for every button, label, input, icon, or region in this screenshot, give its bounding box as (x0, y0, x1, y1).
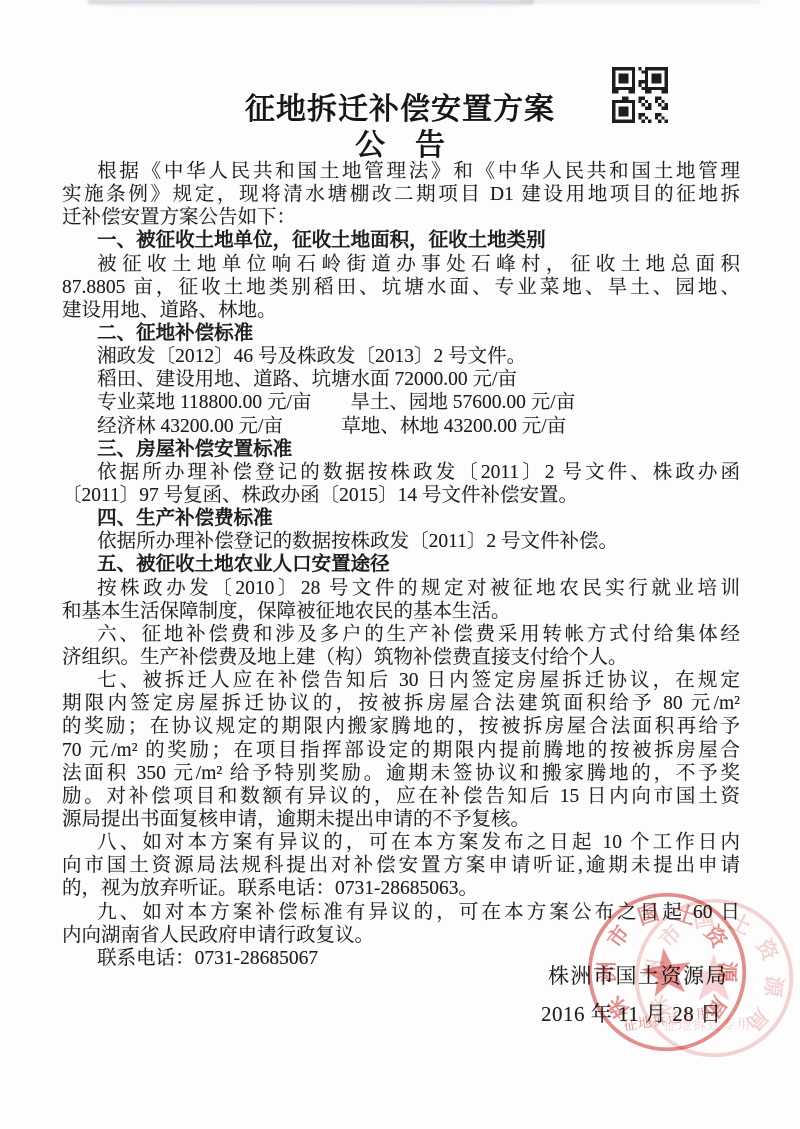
svg-text:资: 资 (751, 935, 783, 966)
seal-star-icon (689, 954, 739, 1001)
document-line: 〔2011〕97 号复函、株政办函〔2015〕14 号文件补偿安置。 (62, 484, 740, 507)
document-line: 的奖励；在协议规定的期限内搬家腾地的，按被拆房屋合法面积再给予 (62, 715, 740, 738)
seal-bottom-text: 征地拆迁专用章 (663, 1015, 766, 1033)
document-line: 七、被拆迁人应在补偿告知后 30 日内签定房屋拆迁协议，在规定 (62, 669, 740, 692)
svg-text:株: 株 (646, 991, 677, 1021)
svg-text:土: 土 (726, 909, 755, 940)
document-body: 根据《中华人民共和国土地管理法》和《中华人民共和国土地管理实施条例》规定，现将清… (62, 160, 740, 970)
document-line: 根据《中华人民共和国土地管理法》和《中华人民共和国土地管理 (62, 160, 740, 183)
svg-text:源: 源 (760, 974, 787, 999)
document-line: 向市国土资源局法规科提出对补偿安置方案申请听证,逾期未提出申请 (62, 854, 740, 877)
document-subtitle: 公 告 (0, 128, 800, 164)
document-line: 稻田、建设用地、道路、坑塘水面 72000.00 元/亩 (62, 368, 740, 391)
section-heading-line: 二、征地补偿标准 (62, 322, 740, 345)
scan-artifact-smudge (88, 0, 534, 9)
official-seal-ghost: 株洲市国土资源局 征地拆迁专用章 (619, 883, 800, 1073)
document-line: 和基本生活保障制度，保障被征地农民的基本生活。 (62, 600, 740, 623)
document-line: 八、如对本方案有异议的，可在本方案发布之日起 10 个工作日内 (62, 831, 740, 854)
document-line: 源局提出书面复核申请，逾期未提出申请的不予复核。 (62, 808, 740, 831)
svg-text:洲: 洲 (641, 958, 668, 982)
document-line: 六、征地补偿费和涉及多户的生产补偿费采用转帐方式付给集体经 (62, 623, 740, 646)
document-line: 按株政办发〔2010〕28 号文件的规定对被征地农民实行就业培训 (62, 577, 740, 600)
document-line: 法面积 350 元/m² 给予特别奖励。逾期未签协议和搬家腾地的，不予奖 (62, 762, 740, 785)
svg-text:市: 市 (603, 921, 635, 952)
document-line: 专业菜地 118800.00 元/亩 旱土、园地 57600.00 元/亩 (62, 391, 740, 414)
document-line: 迁补偿安置方案公告如下： (62, 206, 740, 229)
document-line: 励。对补偿项目和数额有异议的，应在补偿告知后 15 日内向市国土资 (62, 785, 740, 808)
section-heading-line: 五、被征收土地农业人口安置途径 (62, 553, 740, 576)
document-line: 实施条例》规定，现将清水塘棚改二期项目 D1 建设用地项目的征地拆 (62, 183, 740, 206)
scanned-announcement-page: 征地拆迁补偿安置方案 公 告 根据《中华人民共和国土地管理法》和《中华人民共和国… (0, 0, 800, 1129)
document-line: 87.8805 亩，征收土地类别稻田、坑塘水面、专业菜地、旱土、园地、 (62, 276, 740, 299)
document-title: 征地拆迁补偿安置方案 (0, 92, 800, 128)
document-line: 济组织。生产补偿费及地上建（构）筑物补偿费直接支付给个人。 (62, 646, 740, 669)
scan-artifact-smudge (520, 0, 760, 5)
svg-text:国: 国 (691, 905, 716, 932)
section-heading-line: 一、被征收土地单位，征收土地面积，征收土地类别 (62, 229, 740, 252)
document-line: 建设用地、道路、林地。 (62, 299, 740, 322)
section-heading-line: 四、生产补偿费标准 (62, 507, 740, 530)
svg-text:洲: 洲 (595, 962, 619, 983)
document-line: 70 元/m² 的奖励；在项目指挥部设定的期限内提前腾地的按被拆房屋合 (62, 739, 740, 762)
document-line: 期限内签定房屋拆迁协议的，按被拆房屋合法建筑面积给予 80 元/m² (62, 692, 740, 715)
document-line: 经济林 43200.00 元/亩 草地、林地 43200.00 元/亩 (62, 415, 740, 438)
document-line: 依据所办理补偿登记的数据按株政发〔2011〕2 号文件、株政办函 (62, 461, 740, 484)
document-line: 被征收土地单位响石岭街道办事处石峰村，征收土地总面积 (62, 253, 740, 276)
section-heading-line: 三、房屋补偿安置标准 (62, 438, 740, 461)
document-line: 湘政发〔2012〕46 号及株政发〔2013〕2 号文件。 (62, 345, 740, 368)
document-line: 依据所办理补偿登记的数据按株政发〔2011〕2 号文件补偿。 (62, 530, 740, 553)
